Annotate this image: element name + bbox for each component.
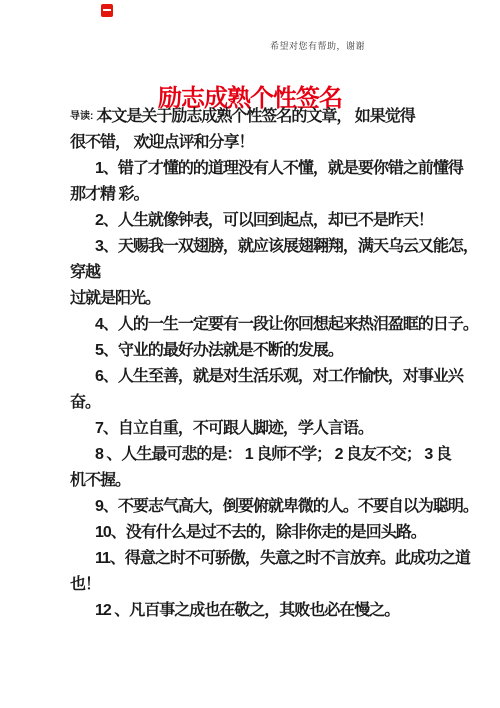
- text-line: 导读:本文是关于励志成熟个性签名的文章， 如果觉得: [70, 104, 442, 130]
- text-line: 过就是阳光。: [70, 286, 442, 312]
- text-line: 5、守业的最好办法就是不断的发展。: [70, 338, 442, 364]
- header-note: 希望对您有帮助，谢谢: [270, 39, 365, 52]
- text-line: 8 、人生最可悲的是： 1 良师不学； 2 良友不交； 3 良: [70, 442, 442, 468]
- intro-text: 本文是关于励志成熟个性签名的文章， 如果觉得: [96, 108, 414, 125]
- text-line: 9、不要志气高大，倒要俯就卑微的人。不要自以为聪明。: [70, 494, 442, 520]
- text-line: 那才精 彩。: [70, 182, 442, 208]
- document-page: 希望对您有帮助，谢谢 励志成熟个性签名 导读:本文是关于励志成熟个性签名的文章，…: [0, 0, 500, 708]
- text-line: 4、人的一生一定要有一段让你回想起来热泪盈眶的日子。: [70, 312, 442, 338]
- text-line: 2、人生就像钟表，可以回到起点，却已不是昨天！: [70, 208, 442, 234]
- text-line: 3、天赐我一双翅膀，就应该展翅翱翔，满天乌云又能怎，: [70, 234, 442, 260]
- text-line: 机不握。: [70, 468, 442, 494]
- intro-label: 导读:: [70, 111, 93, 122]
- text-line: 奋。: [70, 390, 442, 416]
- text-line: 穿越: [70, 260, 442, 286]
- text-line: 10、没有什么是过不去的，除非你走的是回头路。: [70, 520, 442, 546]
- text-line: 6、人生至善，就是对生活乐观，对工作愉快，对事业兴: [70, 364, 442, 390]
- text-line: 11、得意之时不可骄傲，失意之时不言放弃。此成功之道: [70, 546, 442, 572]
- text-line: 12 、凡百事之成也在敬之，其败也必在慢之。: [70, 598, 442, 624]
- text-line: 也！: [70, 572, 442, 598]
- article-body: 导读:本文是关于励志成熟个性签名的文章， 如果觉得很不错， 欢迎点评和分享！1、…: [70, 104, 442, 624]
- text-line: 很不错， 欢迎点评和分享！: [70, 130, 442, 156]
- red-doc-icon: [101, 4, 113, 17]
- text-line: 7、自立自重，不可跟人脚迹，学人言语。: [70, 416, 442, 442]
- text-line: 1、错了才懂的的道理没有人不懂，就是要你错之前懂得: [70, 156, 442, 182]
